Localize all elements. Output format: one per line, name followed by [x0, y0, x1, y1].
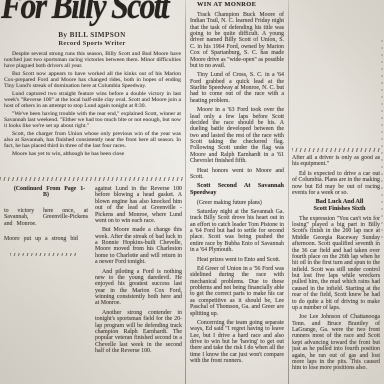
right-column-divider-squiggle	[292, 148, 382, 152]
monroe-paragraph: Tiny Lund of Cross, S. C. in a '64 Ford …	[190, 72, 284, 104]
sixth-paragraph: Joe Lee Johnson of Chattanooga Tenn. and…	[292, 314, 380, 371]
byline-author: By BILL SIMPSON	[0, 31, 184, 39]
column-rule-left	[185, 0, 186, 384]
mid-paragraph: And piloting a Ford is nothing new to th…	[95, 269, 182, 307]
sixth-place-column: After all a driver is only as good as hi…	[292, 155, 380, 384]
savannah-paragraph: Concerning the team going separate ways,…	[190, 320, 284, 365]
torn-edge-marks	[381, 40, 383, 240]
savannah-subhead: Scott Second At Savannah Speedway	[190, 183, 284, 196]
lead-paragraph: Despite several strong runs this season,…	[4, 51, 181, 69]
savannah-paragraph: Ed Greer of Union in a '56 Ford was side…	[190, 266, 284, 317]
lead-paragraph: Lund captured two straight feature wins …	[4, 91, 181, 109]
lead-paragraph: "We've been having trouble with the rear…	[4, 111, 181, 129]
lead-paragraph: Scott, the charger from Union whose only…	[4, 131, 181, 149]
monroe-paragraph: Track Champion Buck Moore of Indian Trai…	[190, 12, 284, 69]
mid-paragraph: Another strong contender in tonight's sp…	[95, 310, 182, 355]
mid-paragraph: But Moore made a change this week. After…	[95, 227, 182, 265]
column-rule-right	[288, 0, 289, 384]
finishes-sixth-subhead: Scott Finishes Sixth	[292, 206, 380, 213]
mid-column: against Lund in the Reverse 100 before b…	[95, 186, 182, 357]
sixth-paragraph: Ed is expected to drive a car out of Col…	[292, 171, 380, 197]
mid-paragraph: against Lund in the Reverse 100 before b…	[95, 186, 182, 224]
short-divider-squiggle	[10, 253, 76, 256]
continuation-paragraph: to victory here once, at Savannah, Green…	[4, 208, 88, 227]
byline-title: Record Sports Writer	[0, 40, 184, 47]
sixth-paragraph: The expression "You can't win for losing…	[292, 216, 380, 312]
byline-block: By BILL SIMPSON Record Sports Writer	[0, 31, 184, 47]
lead-paragraph: Moore has yet to win, although he has be…	[4, 151, 181, 157]
win-at-monroe-heading: WIN AT MONROE	[190, 2, 284, 9]
savannah-note: (Greer making future plans)	[190, 200, 284, 206]
lead-paragraph: But Scott now appears to have worked all…	[4, 71, 181, 89]
continued-from-heading: (Continued From Page 1-B)	[4, 186, 88, 199]
monroe-paragraph: Moore in a '63 Ford took over the lead o…	[190, 107, 284, 164]
newspaper-clipping: For Billy Scott By BILL SIMPSON Record S…	[0, 0, 384, 384]
sixth-paragraph: After all a driver is only as good as hi…	[292, 155, 380, 168]
continuation-column: (Continued From Page 1-B) to victory her…	[4, 186, 88, 251]
monroe-column: WIN AT MONROE Track Champion Buck Moore …	[190, 2, 284, 384]
continuation-paragraph: Moore put up a strong bid	[4, 236, 88, 242]
lead-section: Despite several strong runs this season,…	[4, 51, 181, 160]
monroe-paragraph: Heat honors went to Moore and Scott.	[190, 168, 284, 181]
savannah-paragraph: Saturday night at the Savannah Ga. track…	[190, 209, 284, 254]
section-divider-squiggle	[0, 177, 183, 181]
headline: For Billy Scott	[1, 0, 168, 28]
savannah-paragraph: Heat prizes went to Ento and Scott.	[190, 257, 284, 263]
